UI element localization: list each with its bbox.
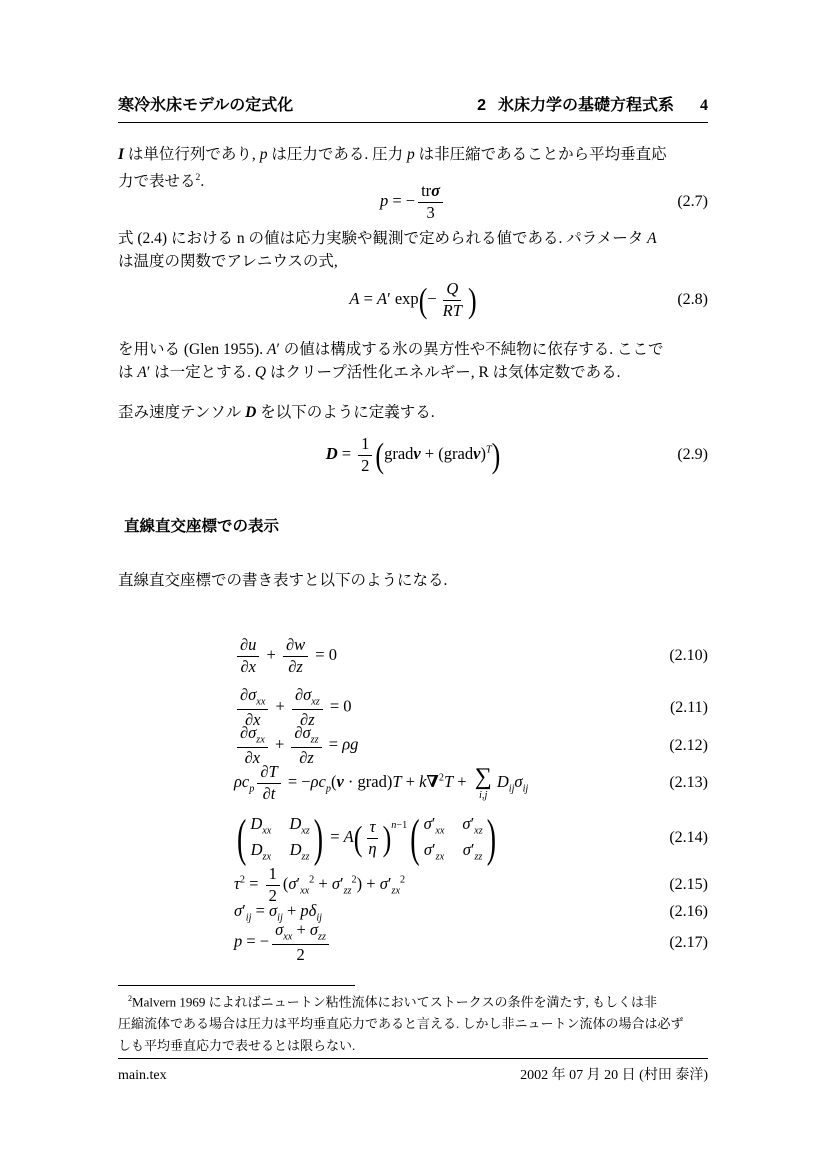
paragraph-arrhenius: 式 (2.4) における n の値は応力実験や観測で定められる値である. パラメ…: [118, 227, 708, 273]
equation-body: (DxxDxzDzxDzz) = A(τη)n−1(σ′xxσ′xzσ′zxσ′…: [234, 814, 499, 863]
subsection-heading: 直線直交座標での表示: [124, 514, 714, 536]
equation-2-12: ∂σzx∂x + ∂σzz∂z = ρg (2.12): [118, 726, 708, 766]
page-number: 4: [700, 97, 708, 115]
footnote: 2Malvern 1969 によればニュートン粘性流体においてストークスの条件を…: [118, 988, 708, 1057]
equation-2-14: (DxxDxzDzxDzz) = A(τη)n−1(σ′xxσ′xzσ′zxσ′…: [118, 811, 708, 865]
equation-number: (2.12): [669, 737, 708, 755]
equation-2-15: τ2 = 12(σ′xx2 + σ′zz2) + σ′zx2 (2.15): [118, 870, 708, 900]
equation-body: A = A′ exp(−QRT): [349, 280, 476, 320]
paragraph-cartesian-intro: 直線直交座標での書き表すと以下のようになる.: [118, 569, 708, 592]
equation-number: (2.10): [669, 647, 708, 665]
footer-filename: main.tex: [118, 1068, 167, 1084]
equation-body: p = −trσ3: [380, 182, 446, 222]
page-header: 寒冷氷床モデルの定式化 2 氷床力学の基礎方程式系 4: [118, 92, 708, 123]
footer-separator: [118, 1058, 708, 1059]
text-line: 式 (2.4) における n の値は応力実験や観測で定められる値である. パラメ…: [118, 227, 708, 250]
text-line: 歪み速度テンソル D を以下のように定義する.: [118, 401, 708, 424]
footer-date: 2002 年 07 月 20 日 (村田 泰洋): [520, 1064, 708, 1084]
equation-2-11: ∂σxx∂x + ∂σxz∂z = 0 (2.11): [118, 688, 708, 728]
document-page: 寒冷氷床モデルの定式化 2 氷床力学の基礎方程式系 4 I は単位行列であり, …: [0, 0, 826, 1169]
footnote-line: しも平均垂直応力で表せるとは限らない.: [118, 1035, 708, 1057]
footnote-separator: [118, 985, 355, 986]
equation-body: τ2 = 12(σ′xx2 + σ′zz2) + σ′zx2: [234, 865, 405, 905]
equation-number: (2.7): [677, 193, 708, 211]
header-right: 2 氷床力学の基礎方程式系 4: [477, 92, 708, 115]
equation-number: (2.14): [669, 829, 708, 847]
equation-number: (2.15): [669, 876, 708, 894]
text-line: 直線直交座標での書き表すと以下のようになる.: [118, 569, 708, 592]
equation-body: D = 12(gradv + (gradv)T): [326, 435, 501, 475]
paragraph-strain-tensor: 歪み速度テンソル D を以下のように定義する.: [118, 401, 708, 424]
page-footer: main.tex 2002 年 07 月 20 日 (村田 泰洋): [118, 1064, 708, 1084]
equation-2-13: ρcp∂T∂t = −ρcp(v · grad)T + k∇2T + ∑i,jD…: [118, 761, 708, 805]
equation-number: (2.17): [669, 934, 708, 952]
equation-2-10: ∂u∂x + ∂w∂z = 0 (2.10): [118, 636, 708, 676]
section-number: 2: [477, 97, 486, 115]
equation-number: (2.11): [670, 699, 708, 717]
paragraph-glen: を用いる (Glen 1955). A′ の値は構成する氷の異方性や不純物に依存…: [118, 338, 708, 384]
equation-2-7: p = −trσ3 (2.7): [118, 179, 708, 225]
text-line: は温度の関数でアレニウスの式,: [118, 250, 708, 273]
equation-number: (2.16): [669, 903, 708, 921]
footnote-line: 圧縮流体である場合は圧力は平均垂直応力であると言える. しかし非ニュートン流体の…: [118, 1013, 708, 1035]
equation-2-9: D = 12(gradv + (gradv)T) (2.9): [118, 430, 708, 480]
equation-2-8: A = A′ exp(−QRT) (2.8): [118, 272, 708, 328]
equation-number: (2.9): [677, 446, 708, 464]
equation-2-16: σ′ij = σij + pδij (2.16): [118, 900, 708, 924]
footnote-line: 2Malvern 1969 によればニュートン粘性流体においてストークスの条件を…: [118, 988, 708, 1013]
equation-2-17: p = −σxx + σzz2 (2.17): [118, 922, 708, 964]
section-title: 氷床力学の基礎方程式系: [498, 92, 674, 115]
equation-body: ρcp∂T∂t = −ρcp(v · grad)T + k∇2T + ∑i,jD…: [234, 763, 528, 803]
text-line: は A′ は一定とする. Q はクリープ活性化エネルギー, R は気体定数である…: [118, 361, 708, 384]
equation-number: (2.8): [677, 291, 708, 309]
running-title: 寒冷氷床モデルの定式化: [118, 92, 293, 115]
text-line: を用いる (Glen 1955). A′ の値は構成する氷の異方性や不純物に依存…: [118, 338, 708, 361]
text-line: I は単位行列であり, p は圧力である. 圧力 p は非圧縮であることから平均…: [118, 143, 708, 166]
equation-body: ∂u∂x + ∂w∂z = 0: [234, 636, 337, 676]
equation-body: p = −σxx + σzz2: [234, 921, 332, 964]
equation-number: (2.13): [669, 774, 708, 792]
